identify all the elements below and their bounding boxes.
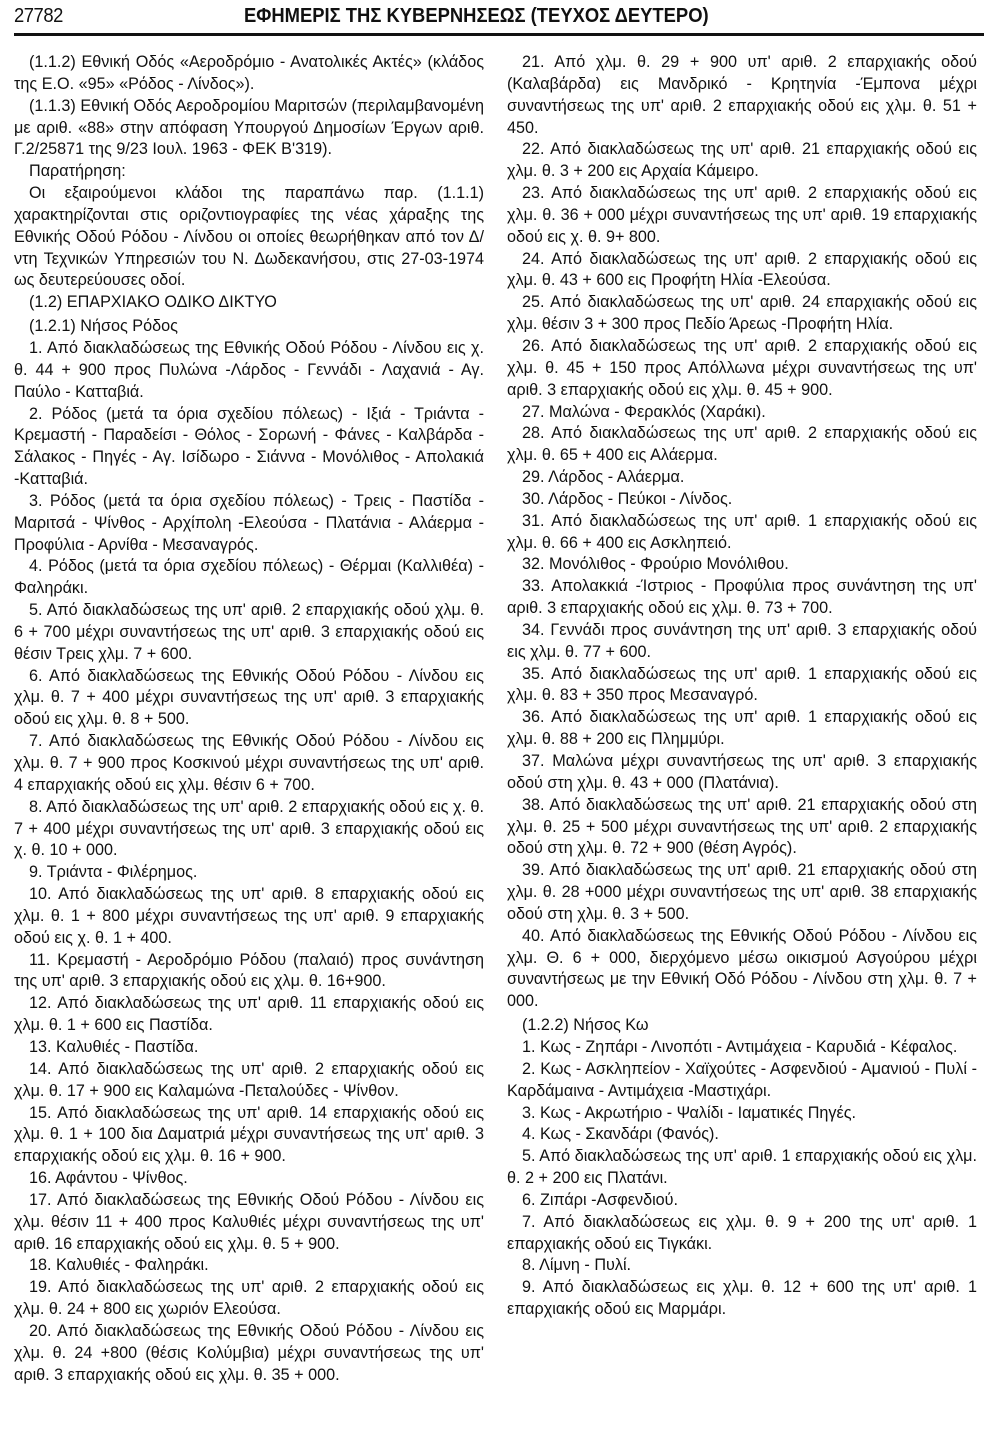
list-item: 30. Λάρδος - Πεύκοι - Λίνδος. [507,489,977,511]
list-item: 7. Από διακλαδώσεως της Εθνικής Οδού Ρόδ… [14,731,484,797]
list-item: 35. Από διακλαδώσεως της υπ' αριθ. 1 επα… [507,664,977,708]
paragraph: (1.1.3) Εθνική Οδός Αεροδρομίου Μαριτσών… [14,96,484,162]
list-item: 12. Από διακλαδώσεως της υπ' αριθ. 11 επ… [14,993,484,1037]
list-item: 22. Από διακλαδώσεως της υπ' αριθ. 21 επ… [507,139,977,183]
list-item: 5. Από διακλαδώσεως της υπ' αριθ. 1 επαρ… [507,1146,977,1190]
list-item: 19. Από διακλαδώσεως της υπ' αριθ. 2 επα… [14,1277,484,1321]
subsection-heading: (1.2.2) Νήσος Κω [507,1015,977,1037]
list-item: 26. Από διακλαδώσεως της υπ' αριθ. 2 επα… [507,336,977,402]
list-item: 8. Από διακλαδώσεως της υπ' αριθ. 2 επαρ… [14,797,484,863]
list-item: 39. Από διακλαδώσεως της υπ' αριθ. 21 επ… [507,860,977,926]
list-item: 17. Από διακλαδώσεως της Εθνικής Οδού Ρό… [14,1190,484,1256]
list-item: 14. Από διακλαδώσεως της υπ' αριθ. 2 επα… [14,1059,484,1103]
note-heading: Παρατήρηση: [14,161,484,183]
list-item: 4. Κως - Σκανδάρι (Φανός). [507,1124,977,1146]
list-item: 4. Ρόδος (μετά τα όρια σχεδίου πόλεως) -… [14,556,484,600]
list-item: 9. Από διακλαδώσεως εις χλμ. θ. 12 + 600… [507,1277,977,1321]
list-item: 6. Ζιπάρι -Ασφενδιού. [507,1190,977,1212]
page-number: 27782 [14,5,63,28]
list-item: 34. Γεννάδι προς συνάντηση της υπ' αριθ.… [507,620,977,664]
list-item: 21. Από χλμ. θ. 29 + 900 υπ' αριθ. 2 επα… [507,52,977,139]
paragraph: (1.1.2) Εθνική Οδός «Αεροδρόμιο - Ανατολ… [14,52,484,96]
list-item: 1. Κως - Ζηπάρι - Λινοπότι - Αντιμάχεια … [507,1037,977,1059]
right-column: 21. Από χλμ. θ. 29 + 900 υπ' αριθ. 2 επα… [507,52,977,1321]
list-item: 20. Από διακλαδώσεως της Εθνικής Οδού Ρό… [14,1321,484,1387]
list-item: 16. Αφάντου - Ψίνθος. [14,1168,484,1190]
left-column: (1.1.2) Εθνική Οδός «Αεροδρόμιο - Ανατολ… [14,52,484,1386]
list-item: 33. Απολακκιά -Ίστριος - Προφύλια προς σ… [507,576,977,620]
list-item: 37. Μαλώνα μέχρι συναντήσεως της υπ' αρι… [507,751,977,795]
list-item: 18. Καλυθιές - Φαληράκι. [14,1255,484,1277]
list-item: 2. Κως - Ασκληπείον - Χαϊχούτες - Ασφενδ… [507,1059,977,1103]
list-item: 8. Λίμνη - Πυλί. [507,1255,977,1277]
header-rule [14,33,984,36]
list-item: 36. Από διακλαδώσεως της υπ' αριθ. 1 επα… [507,707,977,751]
section-heading: (1.2) ΕΠΑΡΧΙΑΚΟ ΟΔΙΚΟ ΔΙΚΤΥΟ [14,292,484,314]
list-item: 2. Ρόδος (μετά τα όρια σχεδίου πόλεως) -… [14,404,484,491]
list-item: 29. Λάρδος - Αλάερμα. [507,467,977,489]
list-item: 27. Μαλώνα - Φερακλός (Χαράκι). [507,402,977,424]
list-item: 3. Κως - Ακρωτήριο - Ψαλίδι - Ιαματικές … [507,1103,977,1125]
list-item: 6. Από διακλαδώσεως της Εθνικής Οδού Ρόδ… [14,666,484,732]
list-item: 7. Από διακλαδώσεως εις χλμ. θ. 9 + 200 … [507,1212,977,1256]
list-item: 1. Από διακλαδώσεως της Εθνικής Οδού Ρόδ… [14,338,484,404]
list-item: 38. Από διακλαδώσεως της υπ' αριθ. 21 επ… [507,795,977,861]
list-item: 11. Κρεμαστή - Αεροδρόμιο Ρόδου (παλαιό)… [14,950,484,994]
list-item: 15. Από διακλαδώσεως της υπ' αριθ. 14 επ… [14,1103,484,1169]
paragraph: Οι εξαιρούμενοι κλάδοι της παραπάνω παρ.… [14,183,484,292]
subsection-heading: (1.2.1) Νήσος Ρόδος [14,316,484,338]
page-header: 27782 ΕΦΗΜΕΡΙΣ ΤΗΣ ΚΥΒΕΡΝΗΣΕΩΣ (ΤΕΥΧΟΣ Δ… [14,2,986,32]
list-item: 3. Ρόδος (μετά τα όρια σχεδίου πόλεως) -… [14,491,484,557]
list-item: 23. Από διακλαδώσεως της υπ' αριθ. 2 επα… [507,183,977,249]
gazette-title: ΕΦΗΜΕΡΙΣ ΤΗΣ ΚΥΒΕΡΝΗΣΕΩΣ (ΤΕΥΧΟΣ ΔΕΥΤΕΡΟ… [244,5,709,28]
list-item: 32. Μονόλιθος - Φρούριο Μονόλιθου. [507,554,977,576]
list-item: 10. Από διακλαδώσεως της υπ' αριθ. 8 επα… [14,884,484,950]
list-item: 13. Καλυθιές - Παστίδα. [14,1037,484,1059]
list-item: 24. Από διακλαδώσεως της υπ' αριθ. 2 επα… [507,249,977,293]
list-item: 25. Από διακλαδώσεως της υπ' αριθ. 24 επ… [507,292,977,336]
list-item: 40. Από διακλαδώσεως της Εθνικής Οδού Ρό… [507,926,977,1013]
list-item: 5. Από διακλαδώσεως της υπ' αριθ. 2 επαρ… [14,600,484,666]
list-item: 28. Από διακλαδώσεως της υπ' αριθ. 2 επα… [507,423,977,467]
list-item: 9. Τριάντα - Φιλέρημος. [14,862,484,884]
list-item: 31. Από διακλαδώσεως της υπ' αριθ. 1 επα… [507,511,977,555]
